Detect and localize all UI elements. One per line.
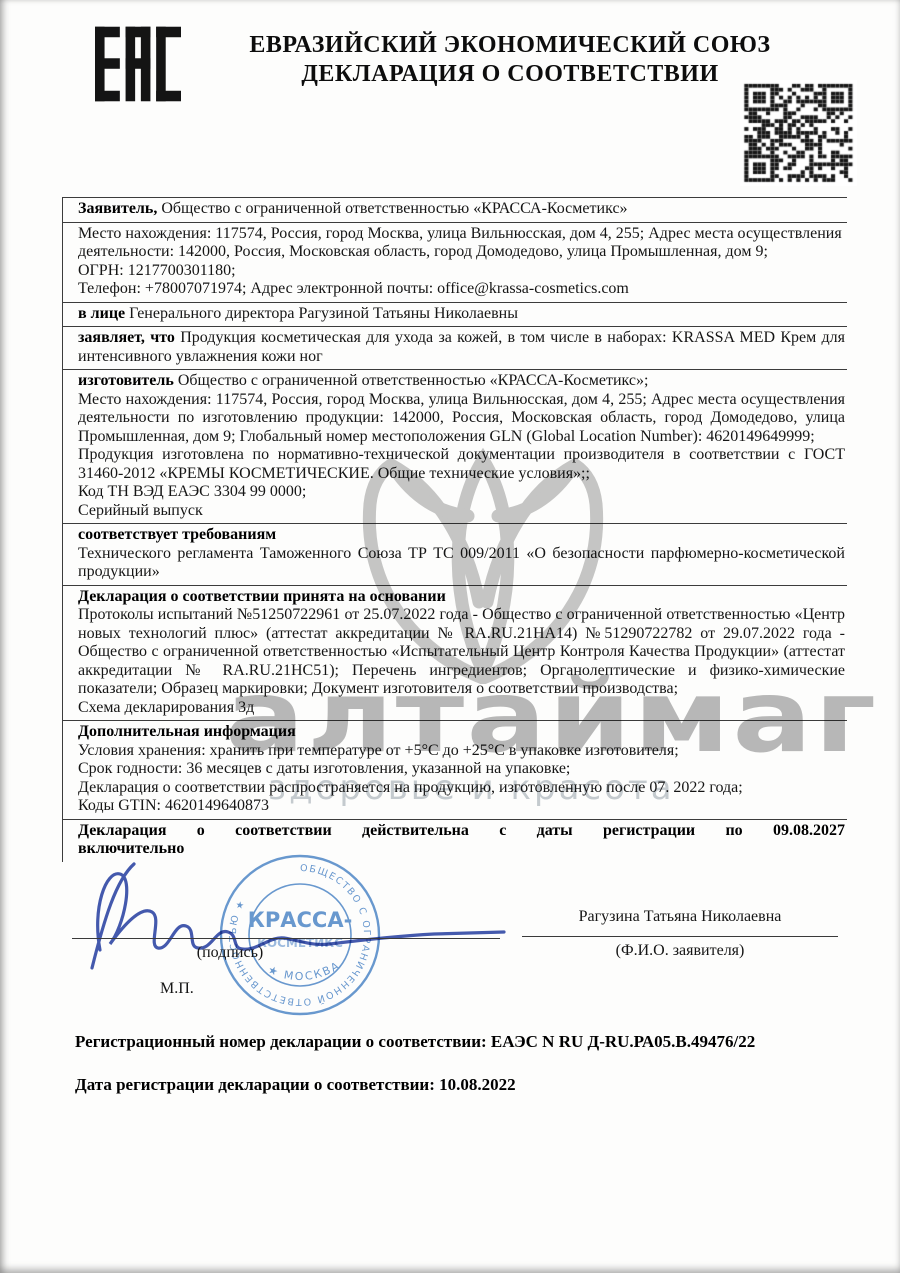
document-title: ЕВРАЗИЙСКИЙ ЭКОНОМИЧЕСКИЙ СОЮЗ ДЕКЛАРАЦИ… [185, 31, 835, 89]
manufacturer-tnved: Код ТН ВЭД ЕАЭС 3304 99 0000; [78, 483, 845, 502]
declarant-name: Рагузина Татьяна Николаевна [520, 908, 840, 926]
title-line-2: ДЕКЛАРАЦИЯ О СООТВЕТСТВИИ [185, 60, 835, 89]
manufacturer-production: Продукция изготовлена по нормативно-техн… [78, 446, 845, 483]
applicant-address: Место нахождения: 117574, Россия, город … [78, 225, 845, 262]
stamp-place-label: М.П. [160, 980, 240, 998]
row-basis: Декларация о соответствии принята на осн… [63, 585, 847, 721]
declarant-caption: (Ф.И.О. заявителя) [520, 942, 840, 960]
signature-caption: (подпись) [150, 944, 310, 962]
declaration-table: Заявитель, Общество с ограниченной ответ… [62, 197, 847, 862]
basis-label: Декларация о соответствии принята на осн… [78, 588, 446, 605]
applicant-ogrn: ОГРН: 1217700301180; [78, 262, 845, 281]
applicant-contacts: Телефон: +78007071974; Адрес электронной… [78, 280, 845, 299]
eac-mark-icon [95, 24, 181, 104]
row-applicant: Заявитель, Общество с ограниченной ответ… [63, 197, 847, 222]
row-in-person: в лице Генерального директора Рагузиной … [63, 302, 847, 327]
signature-line [72, 938, 500, 939]
additional-applies-to: Декларация о соответствии распространяет… [78, 779, 845, 798]
registration-date: Дата регистрации декларации о соответств… [75, 1075, 516, 1095]
additional-gtin: Коды GTIN: 4620149640873 [78, 797, 845, 816]
complies-label: соответствует требованиям [78, 526, 276, 543]
manufacturer-value: Общество с ограниченной ответственностью… [178, 372, 649, 389]
applicant-label: Заявитель, [78, 200, 157, 217]
qr-code-icon [740, 80, 857, 186]
applicant-value: Общество с ограниченной ответственностью… [161, 200, 627, 217]
registration-number: Регистрационный номер декларации о соотв… [75, 1032, 755, 1052]
manufacturer-address: Место нахождения: 117574, Россия, город … [78, 391, 845, 447]
basis-protocols: Протоколы испытаний №51250722961 от 25.0… [78, 606, 845, 699]
title-line-1: ЕВРАЗИЙСКИЙ ЭКОНОМИЧЕСКИЙ СОЮЗ [185, 31, 835, 60]
in-person-label: в лице [78, 305, 125, 322]
row-applicant-details: Место нахождения: 117574, Россия, город … [63, 222, 847, 302]
declares-label: заявляет, что [78, 329, 175, 346]
in-person-value: Генерального директора Рагузиной Татьяны… [129, 305, 518, 322]
row-manufacturer: изготовитель Общество с ограниченной отв… [63, 369, 847, 523]
row-complies: соответствует требованиям Технического р… [63, 523, 847, 585]
declares-value: Продукция косметическая для ухода за кож… [78, 329, 845, 365]
row-additional-info: Дополнительная информация Условия хранен… [63, 720, 847, 819]
row-declares: заявляет, что Продукция косметическая дл… [63, 326, 847, 369]
scanned-declaration-page: ЕВРАЗИЙСКИЙ ЭКОНОМИЧЕСКИЙ СОЮЗ ДЕКЛАРАЦИ… [0, 0, 900, 1273]
additional-storage: Условия хранения: хранить при температур… [78, 742, 845, 761]
manufacturer-serial: Серийный выпуск [78, 502, 845, 521]
basis-scheme: Схема декларирования 3д [78, 699, 845, 718]
additional-label: Дополнительная информация [78, 723, 296, 740]
additional-shelf-life: Срок годности: 36 месяцев с даты изготов… [78, 760, 845, 779]
manufacturer-label: изготовитель [78, 372, 174, 389]
complies-value: Технического регламента Таможенного Союз… [78, 545, 845, 582]
declarant-name-line [522, 936, 838, 937]
